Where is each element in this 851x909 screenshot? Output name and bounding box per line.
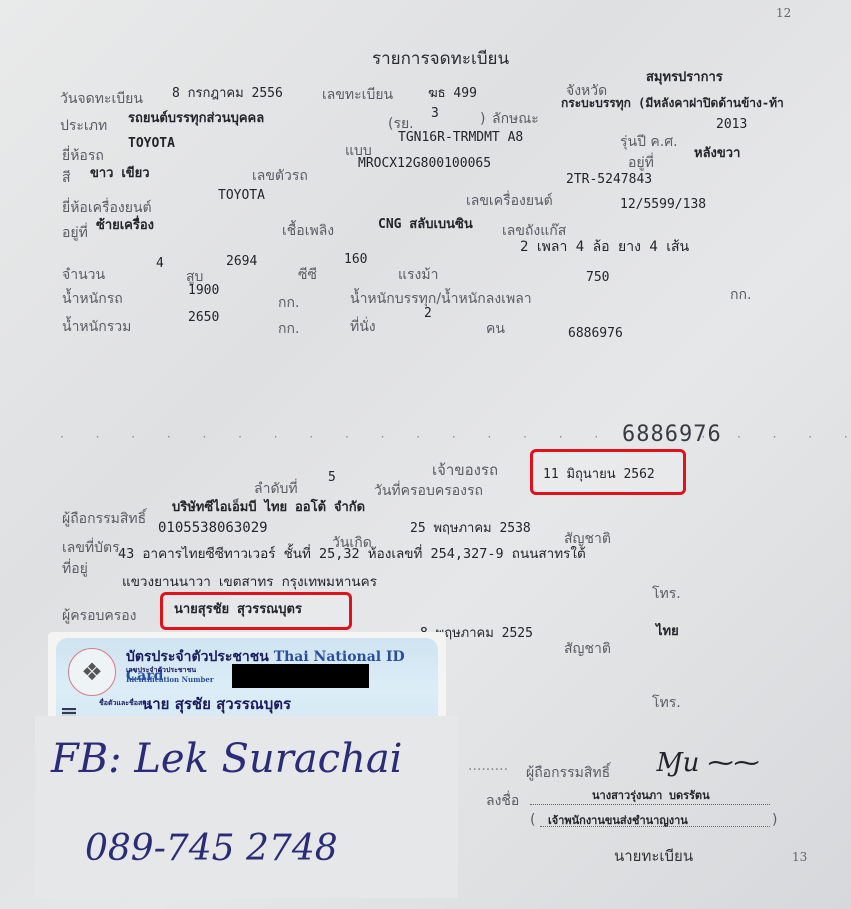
type-code-close: ) [480, 111, 485, 127]
address-label: ที่อยู่ [62, 558, 88, 580]
axles-wheels-value: 2 เพลา 4 ล้อ ยาง 4 เส้น [520, 236, 689, 258]
phone-label: โทร. [652, 583, 681, 605]
weight-value: 1900 [188, 283, 219, 298]
gross-weight-unit: กก. [278, 318, 299, 340]
facebook-handle: FB: Lek Surachai [51, 736, 402, 782]
weight-label: น้ำหนักรถ [62, 288, 123, 310]
dotted-separator: · · · · · · · · · · · · · · · · · · · · … [60, 430, 851, 444]
id-card-photo: ❖ บัตรประจำตัวประชาชน Thai National ID C… [48, 632, 446, 722]
redacted-id-number [232, 664, 369, 688]
card-number-value: 0105538063029 [158, 520, 268, 536]
body-type-value: กระบะบรรทุก (มีหลังคาฝาปิดด้านข้าง-ท้า [561, 94, 784, 113]
signature-holder-label: ผู้ถือกรรมสิทธิ์ [526, 762, 610, 784]
seats-label: ที่นั่ง [350, 316, 376, 338]
order-value: 5 [328, 470, 336, 485]
phone-number: 089-745 2748 [85, 828, 338, 869]
engine-number-label: เลขเครื่องยนต์ [466, 190, 553, 212]
serial-number: 6886976 [622, 422, 722, 447]
open-paren: ( [530, 812, 535, 828]
brand-value: TOYOTA [128, 136, 175, 151]
birth-date-value: 25 พฤษภาคม 2538 [410, 517, 531, 538]
seats-value: 2 [424, 306, 432, 321]
owner-section-title: เจ้าของรถ [432, 458, 498, 482]
page-number-top: 12 [776, 6, 791, 20]
vehicle-type-label: ประเภท [60, 115, 107, 137]
gas-tank-value: 12/5599/138 [620, 197, 706, 212]
close-paren: ) [772, 812, 777, 828]
possession-date-label: วันที่ครอบครองรถ [374, 480, 483, 502]
id-number-label-en: Identification Number [126, 675, 214, 684]
sign-label-text: ลงชื่อ [486, 793, 519, 809]
id-card-title-th: บัตรประจำตัวประชาชน [126, 649, 269, 665]
engine-location-label: อยู่ที่ [62, 222, 88, 244]
address-line-2: แขวงยานนาวา เขตสาทร กรุงเทพมหานคร [122, 570, 377, 592]
hp-value: 160 [344, 252, 367, 267]
vehicle-type-value: รถยนต์บรรทุกส่วนบุคคล [128, 107, 264, 128]
reg-date-value: 8 กรกฎาคม 2556 [172, 82, 283, 103]
signature-scribble: Ɱu ⁓⁓ [656, 748, 760, 778]
cylinders-label: จำนวน [62, 264, 105, 286]
signer-position: เจ้าพนักงานขนส่งชำนาญงาน [548, 811, 688, 829]
fuel-label: เชื้อเพลิง [282, 220, 334, 242]
gross-weight-value: 2650 [188, 310, 219, 325]
cylinders-value: 4 [156, 256, 164, 271]
possessor-label: ผู้ครอบครอง [62, 605, 137, 627]
cc-value: 2694 [226, 254, 257, 269]
model-year-value: 2013 [716, 117, 747, 132]
model-value: TGN16R-TRMDMT A8 [398, 130, 523, 145]
address-line-1: 43 อาคารไทยซีซีทาวเวอร์ ชั้นที่ 25,32 ห้… [118, 542, 586, 564]
plate-label: เลขทะเบียน [322, 84, 393, 106]
garuda-emblem-icon: ❖ [68, 648, 116, 696]
signature-line [530, 804, 770, 805]
possession-date-value: 11 มิถุนายน 2562 [543, 463, 655, 484]
body-type-label: ลักษณะ [492, 108, 539, 130]
signature-dots: ········· [468, 762, 508, 778]
possessor-phone-label: โทร. [652, 692, 681, 714]
color-value: ขาว เขียว [90, 162, 150, 183]
registrar-label: นายทะเบียน [614, 844, 693, 868]
load-weight-unit: กก. [730, 284, 751, 306]
page-number-bottom: 13 [792, 850, 807, 864]
province-value: สมุทรปราการ [646, 66, 723, 87]
engine-brand-value: TOYOTA [218, 188, 265, 203]
sign-label: ลงชื่อ [486, 790, 519, 812]
type-code-value: 3 [431, 106, 439, 121]
weight-unit: กก. [278, 292, 299, 314]
id-name-value: นาย สุรชัย สุวรรณบุตร [142, 692, 291, 716]
engine-number-value: 2TR-5247843 [566, 172, 652, 187]
chassis-location-value: หลังขวา [694, 142, 740, 163]
chassis-location-label: อยู่ที่ [628, 152, 654, 174]
handwritten-note: FB: Lek Surachai 089-745 2748 [35, 716, 458, 898]
load-weight-label: น้ำหนักบรรทุก/น้ำหนักลงเพลา [350, 288, 532, 310]
seats-unit: คน [486, 318, 505, 340]
holder-value: บริษัทซีไอเอ็มบี ไทย ออโต้ จำกัด [172, 496, 365, 517]
holder-label: ผู้ถือกรรมสิทธิ์ [62, 508, 146, 530]
load-weight-value: 750 [586, 270, 609, 285]
model-year-label: รุ่นปี ค.ศ. [620, 131, 678, 153]
signer-name: นางสาวรุ่งนภา บดรรัตน [592, 786, 710, 804]
engine-location-value: ซ้ายเครื่อง [96, 214, 154, 235]
document-title: รายการจดทะเบียน [372, 45, 509, 72]
chassis-value: MROCX12G800100065 [358, 156, 491, 171]
chassis-label: เลขตัวรถ [252, 165, 308, 187]
cc-unit: ซีซี [298, 264, 317, 286]
possessor-nationality-label: สัญชาติ [564, 638, 611, 660]
hp-unit: แรงม้า [398, 264, 438, 286]
plate-value: ฆธ 499 [428, 82, 477, 103]
color-label: สี [62, 167, 71, 189]
possessor-nationality-value: ไทย [656, 620, 679, 641]
document-number: 6886976 [568, 326, 623, 341]
possessor-value: นายสุรชัย สุวรรณบุตร [174, 598, 302, 619]
card-number-label: เลขที่บัตร [62, 537, 120, 559]
fuel-value: CNG สลับเบนซิน [378, 213, 473, 234]
gross-weight-label: น้ำหนักรวม [62, 316, 131, 338]
